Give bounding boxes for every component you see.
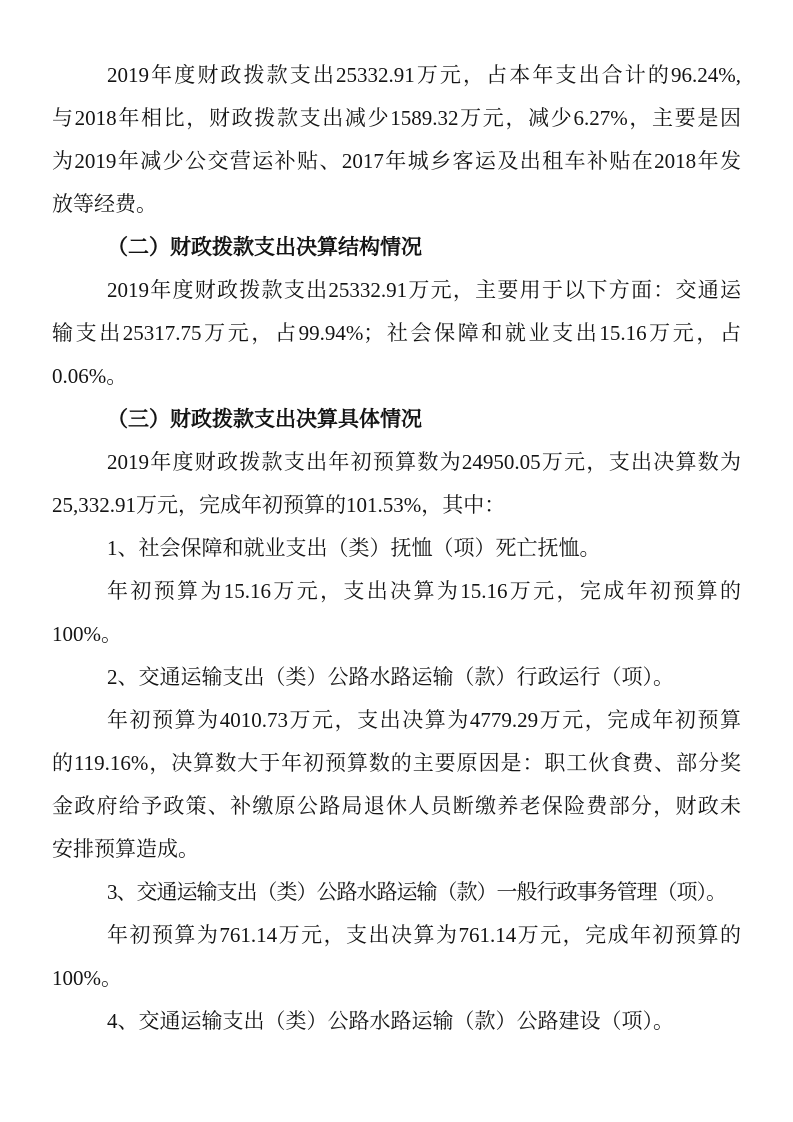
text-line: 安排预算造成。 — [52, 828, 741, 871]
text-line: 2019年度财政拨款支出年初预算数为24950.05万元，支出决算数为 — [52, 441, 741, 484]
text-line: 输支出25317.75万元，占99.94%；社会保障和就业支出15.16万元，占 — [52, 312, 741, 355]
text-line: 2019年度财政拨款支出25332.91万元，主要用于以下方面：交通运 — [52, 269, 741, 312]
text-line: 1、社会保障和就业支出（类）抚恤（项）死亡抚恤。 — [52, 527, 741, 570]
document-body: 2019年度财政拨款支出25332.91万元，占本年支出合计的96.24%,与2… — [52, 54, 741, 1043]
text-line: 年初预算为4010.73万元，支出决算为4779.29万元，完成年初预算 — [52, 699, 741, 742]
text-line: 100%。 — [52, 613, 741, 656]
text-line: 年初预算为15.16万元，支出决算为15.16万元，完成年初预算的 — [52, 570, 741, 613]
text-line: 2、交通运输支出（类）公路水路运输（款）行政运行（项）。 — [52, 656, 741, 699]
text-line: 4、交通运输支出（类）公路水路运输（款）公路建设（项）。 — [52, 1000, 741, 1043]
text-line: 为2019年减少公交营运补贴、2017年城乡客运及出租车补贴在2018年发 — [52, 140, 741, 183]
text-line: 金政府给予政策、补缴原公路局退休人员断缴养老保险费部分，财政未 — [52, 785, 741, 828]
text-line: 年初预算为761.14万元，支出决算为761.14万元，完成年初预算的 — [52, 914, 741, 957]
document-page: 2019年度财政拨款支出25332.91万元，占本年支出合计的96.24%,与2… — [0, 0, 793, 1122]
text-line: 的119.16%，决算数大于年初预算数的主要原因是：职工伙食费、部分奖 — [52, 742, 741, 785]
text-line: 100%。 — [52, 957, 741, 1000]
text-line: 2019年度财政拨款支出25332.91万元，占本年支出合计的96.24%, — [52, 54, 741, 97]
text-line: 放等经费。 — [52, 183, 741, 226]
section-heading: （三）财政拨款支出决算具体情况 — [52, 398, 741, 441]
text-line: 0.06%。 — [52, 355, 741, 398]
text-line: 25,332.91万元，完成年初预算的101.53%，其中： — [52, 484, 741, 527]
section-heading: （二）财政拨款支出决算结构情况 — [52, 226, 741, 269]
text-line: 与2018年相比，财政拨款支出减少1589.32万元，减少6.27%，主要是因 — [52, 97, 741, 140]
text-line: 3、交通运输支出（类）公路水路运输（款）一般行政事务管理（项）。 — [52, 871, 741, 914]
